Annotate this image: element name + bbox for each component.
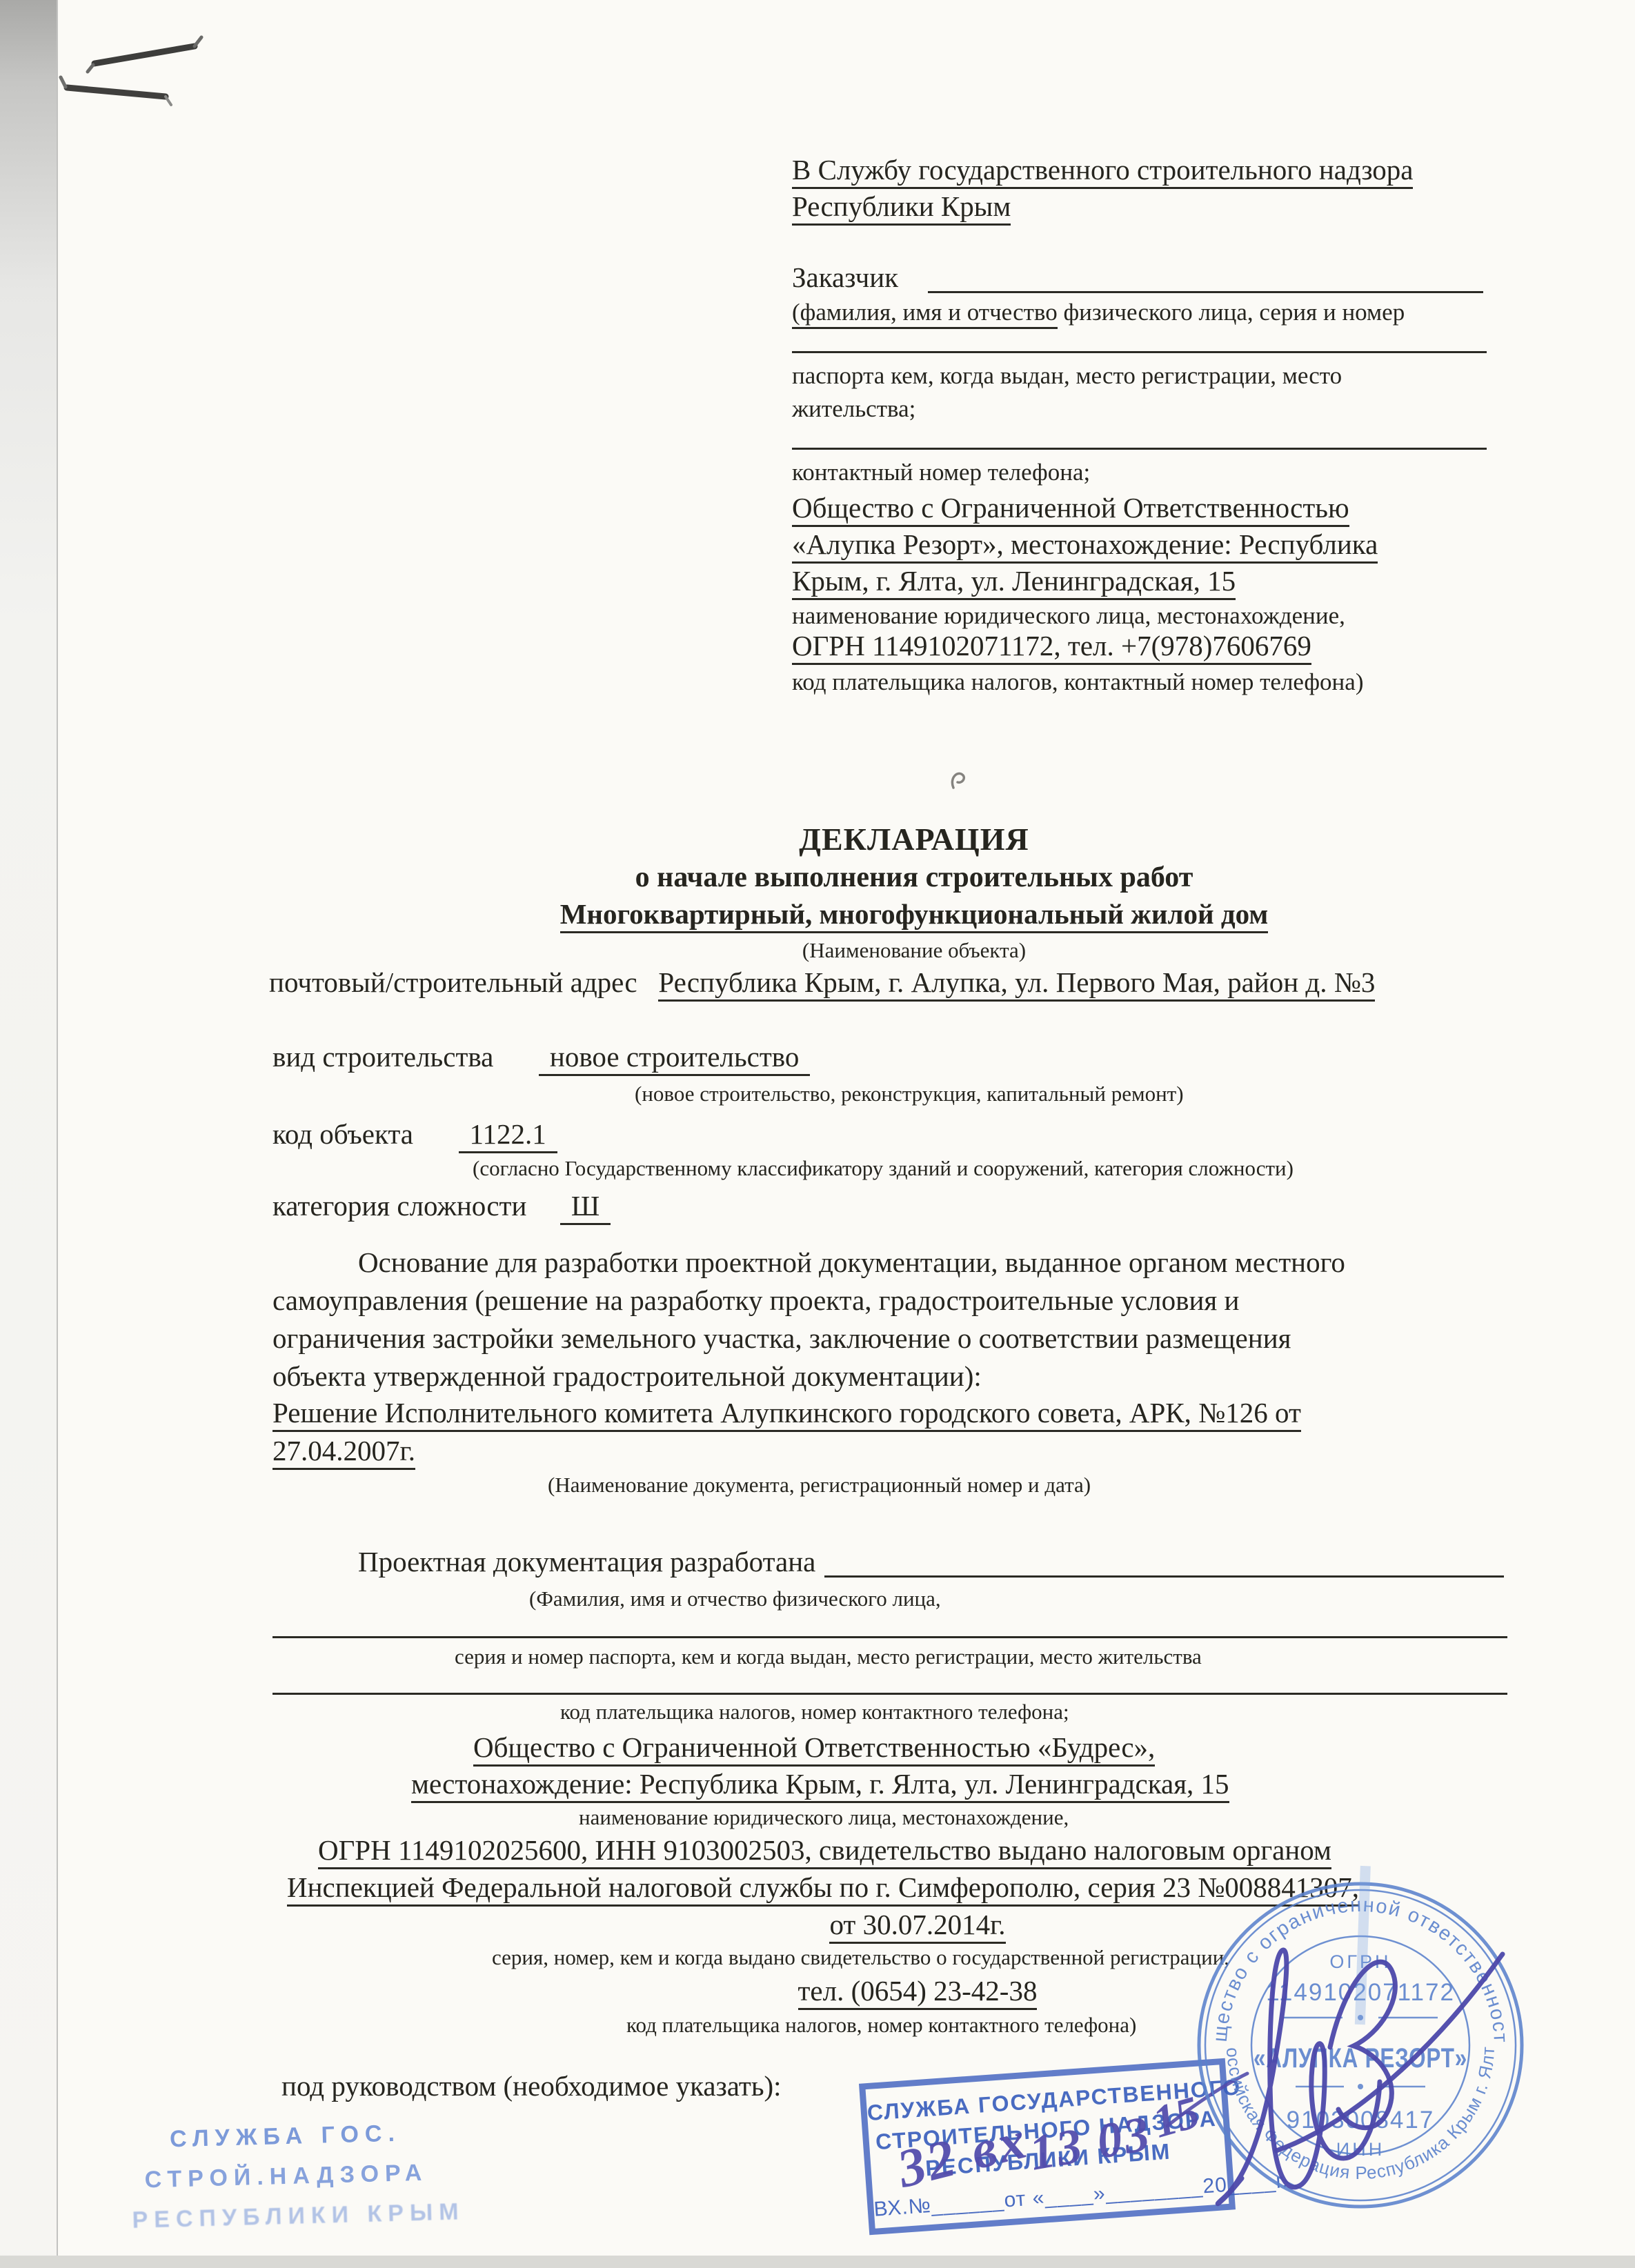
document-subtitle: о начале выполнения строительных работ [276,861,1552,895]
signature [1173,1854,1559,2254]
addressee-line-1: В Службу государственного строительного … [792,153,1413,186]
complexity-value: Ш [560,1190,611,1225]
company-line-1: Общество с Ограниченной Ответственностью [792,491,1349,524]
object-code-note: (согласно Государственному классификатор… [473,1156,1294,1182]
scan-bottom-edge [0,2256,1635,2268]
corner-ink-stamp: СЛУЖБА ГОС. СТРОЙ.НАДЗОРА РЕСПУБЛИКИ КРЫ… [130,2112,443,2240]
designer-company-note: наименование юридического лица, местонах… [579,1805,1069,1831]
basis-line-1: Основание для разработки проектной докум… [358,1246,1345,1279]
basis-line-4: объекта утвержденной градостроительной д… [272,1360,982,1393]
designer-blank-line [824,1545,1504,1578]
construction-type-value: новое строительство [539,1041,811,1076]
blank-line-phone [792,417,1487,450]
basis-line-2: самоуправления (решение на разработку пр… [272,1284,1239,1317]
construction-type-label: вид строительства [272,1041,493,1073]
customer-blank-line [928,261,1483,293]
object-code-value: 1122.1 [459,1118,557,1153]
address-label: почтовый/строительный адрес [269,966,637,998]
address-line: почтовый/строительный адрес Республика К… [269,966,1375,999]
supervision-label: под руководством (необходимое указать): [281,2069,782,2102]
addressee-line-2: Республики Крым [792,190,1011,223]
company-line-3: Крым, г. Ялта, ул. Ленинградская, 15 [792,564,1236,597]
blank-line-passport [792,321,1487,353]
basis-value-2: 27.04.2007г. [272,1434,415,1467]
object-code-label: код объекта [272,1118,413,1150]
basis-note: (Наименование документа, регистрационный… [548,1473,1091,1498]
customer-note-4: контактный номер телефона; [792,458,1090,486]
scan-left-edge [0,0,58,2268]
ink-mark [947,767,974,795]
basis-line-3: ограничения застройки земельного участка… [272,1322,1291,1355]
designer-phone-note: код плательщика налогов, номер контактно… [626,2013,1136,2038]
complexity-line: категория сложности Ш [272,1189,611,1222]
construction-type-note: (новое строительство, реконструкция, кап… [635,1082,1184,1107]
construction-type-line: вид строительства новое строительство [272,1040,810,1073]
designer-label: Проектная документация разработана [358,1545,815,1578]
address-value: Республика Крым, г. Алупка, ул. Первого … [658,966,1375,1002]
designer-company-1: Общество с Ограниченной Ответственностью… [473,1731,1155,1764]
basis-value-1: Решение Исполнительного комитета Алупкин… [272,1396,1301,1429]
customer-label: Заказчик [792,261,898,294]
blank-line-taxcode [272,1662,1507,1695]
object-code-line: код объекта 1122.1 [272,1117,557,1151]
customer-note-2: паспорта кем, когда выдан, место регистр… [792,361,1342,390]
object-name: Многоквартирный, многофункциональный жил… [276,897,1552,931]
designer-company-2: местонахождение: Республика Крым, г. Ялт… [411,1767,1229,1800]
company-line-2: «Алупка Резорт», местонахождение: Респуб… [792,528,1378,561]
blank-line-passport-2 [272,1606,1507,1638]
company-note-2: код плательщика налогов, контактный номе… [792,668,1363,696]
designer-note-3: код плательщика налогов, номер контактно… [560,1700,1069,1725]
designer-registration-note: серия, номер, кем и когда выдано свидете… [492,1945,1229,1971]
company-note: наименование юридического лица, местонах… [792,601,1345,630]
object-name-note: (Наименование объекта) [276,938,1552,964]
scanned-declaration-document: В Службу государственного строительного … [0,0,1635,2268]
complexity-label: категория сложности [272,1190,526,1222]
document-title: ДЕКЛАРАЦИЯ [276,821,1552,858]
corner-stamp-line-3: РЕСПУБЛИКИ КРЫМ [132,2192,443,2240]
staple-marks-icon [55,28,276,145]
company-ogrn: ОГРН 1149102071172, тел. +7(978)7606769 [792,629,1311,662]
